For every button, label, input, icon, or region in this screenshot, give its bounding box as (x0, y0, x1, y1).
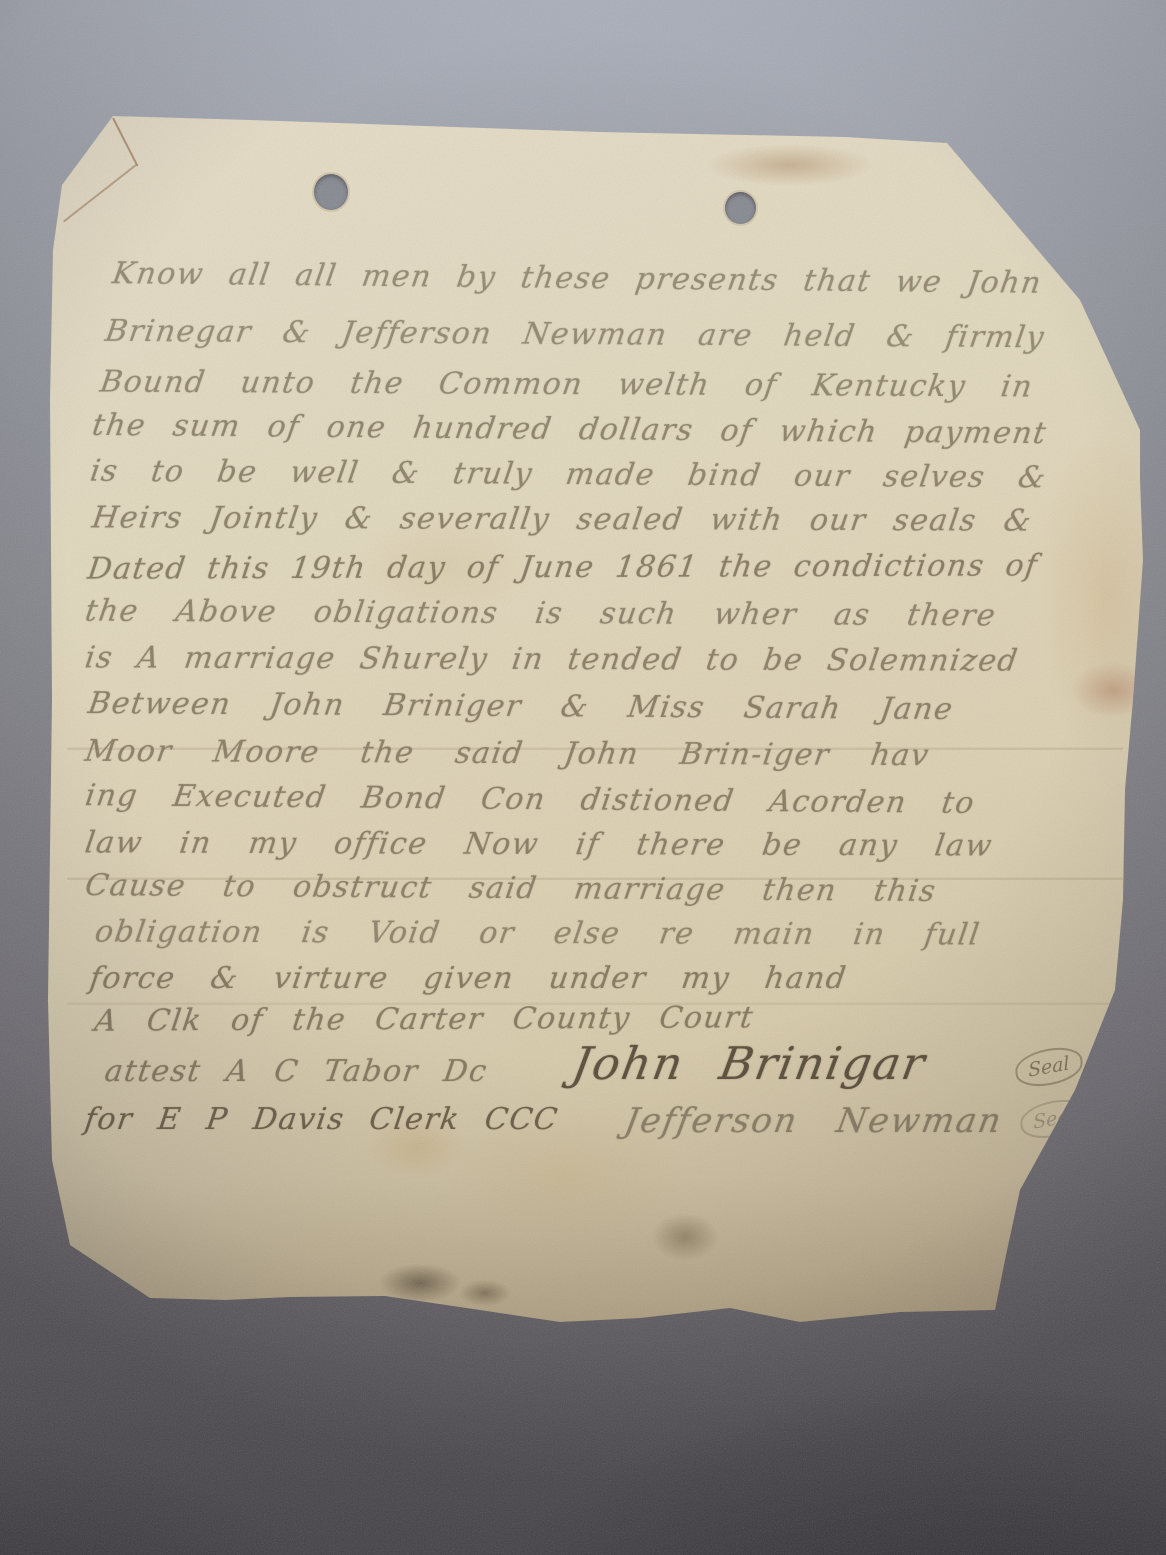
handwritten-line: Heirs Jointly & severally sealed with ou… (90, 501, 1035, 537)
punch-hole-icon (725, 192, 756, 224)
signature-jefferson-newman: Jefferson Newman (621, 1101, 1005, 1141)
handwritten-line: force & virture given under my hand (88, 962, 849, 995)
handwritten-line: is to be well & truly made bind our selv… (88, 455, 1049, 495)
attest-label: attest A C Tabor Dc (103, 1055, 490, 1088)
handwritten-line: obligation is Void or else re main in fu… (93, 915, 983, 951)
handwritten-line: A Clk of the Carter County Court (93, 1001, 757, 1037)
handwritten-line: ing Executed Bond Con distioned Acorden … (83, 779, 977, 820)
signature-john-brinigar: John Brinigar (568, 1037, 930, 1090)
handwritten-line: Bound unto the Common welth of Kentucky … (98, 366, 1035, 404)
fold-crease-icon (63, 164, 137, 222)
handwritten-line: Moor Moore the said John Brin-iger hav (83, 735, 932, 772)
handwritten-line: is A marriage Shurely in tended to be So… (83, 641, 1021, 677)
clerk-signature-row: for E P Davis Clerk CCC Jefferson Newman… (85, 1093, 1115, 1165)
handwritten-line: Know all all men by these presents that … (110, 257, 1044, 300)
handwritten-line: law in my office Now if there be any law (83, 826, 995, 862)
punch-hole-icon (314, 174, 348, 210)
handwritten-line: the Above obligations is such wher as th… (83, 595, 999, 633)
handwritten-line: Brinegar & Jefferson Newman are held & f… (103, 315, 1047, 355)
photo-scene: Know all all men by these presents that … (0, 0, 1166, 1555)
seal-mark: Seal (1014, 1043, 1083, 1091)
handwritten-line: Dated this 19th day of June 1861 the con… (86, 549, 1041, 585)
fold-crease-icon (112, 118, 138, 167)
handwritten-line: Cause to obstruct said marriage then thi… (83, 869, 939, 908)
handwritten-line: Between John Briniger & Miss Sarah Jane (86, 687, 956, 726)
handwritten-line: the sum of one hundred dollars of which … (90, 409, 1049, 450)
paper-document: Know all all men by these presents that … (45, 115, 1145, 1325)
clerk-label: for E P Davis Clerk CCC (83, 1103, 561, 1136)
